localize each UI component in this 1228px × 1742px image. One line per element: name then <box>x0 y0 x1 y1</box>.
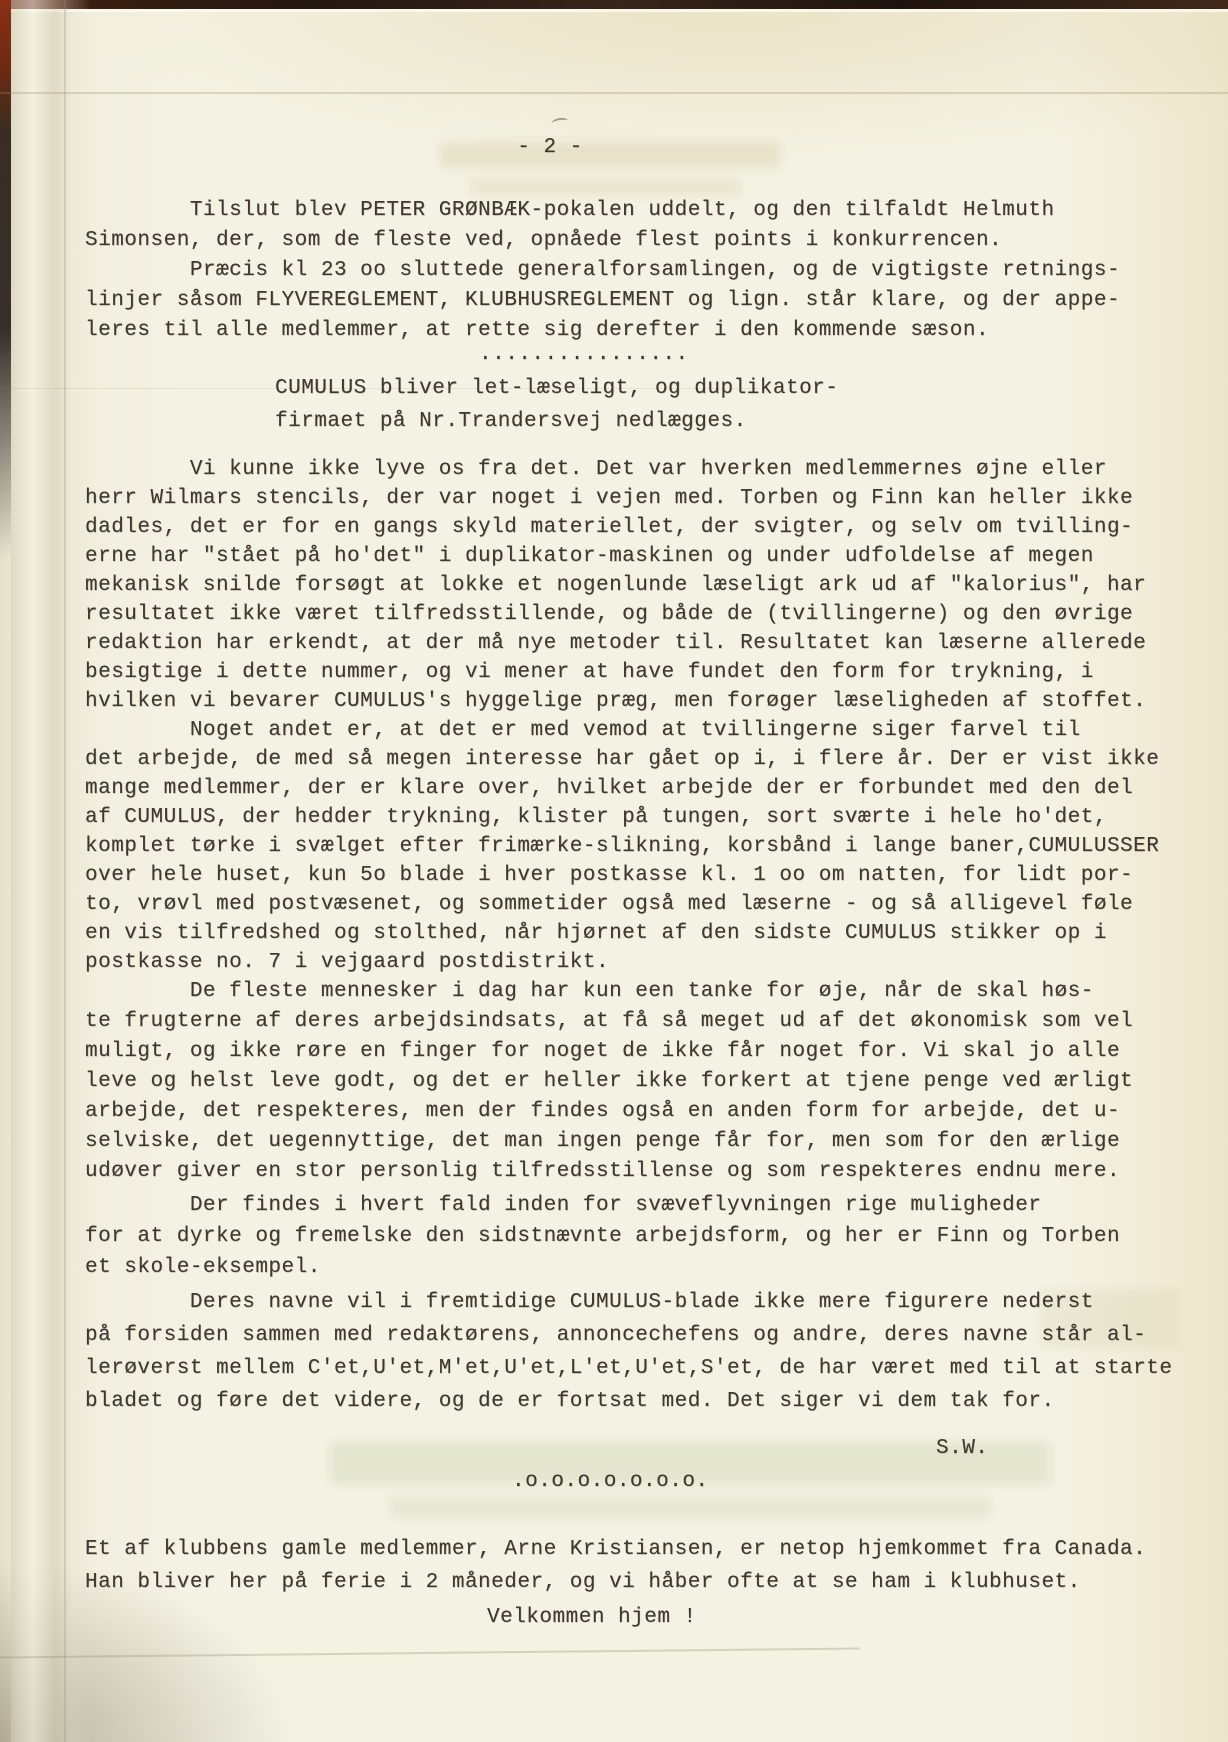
ink-showthrough-bottom2 <box>390 1496 990 1518</box>
closing-welcome: Velkommen hjem ! <box>487 1606 697 1629</box>
paragraph-work-ethic: De fleste mennesker i dag har kun een ta… <box>85 977 1133 1187</box>
announcement-cumulus: CUMULUS bliver let-læseligt, og duplikat… <box>275 372 838 438</box>
page-number: - 2 - <box>460 136 640 159</box>
scan-left-edge <box>0 0 11 560</box>
ink-showthrough-top2 <box>470 178 740 196</box>
scan-top-hairline <box>0 9 1228 12</box>
signature-initials: S.W. <box>936 1437 988 1460</box>
oo-separator: .o.o.o.o.o.o.o. <box>512 1470 709 1493</box>
paragraph-general-assembly: Tilslut blev PETER GRØNBÆK-pokalen uddel… <box>85 196 1120 346</box>
paper-crease-vertical <box>64 0 66 1742</box>
paragraph-canada-news: Et af klubbens gamle medlemmer, Arne Kri… <box>85 1533 1146 1599</box>
paper-crease-horizontal <box>0 92 1228 94</box>
paragraph-gliding: Der findes i hvert fald inden for svævef… <box>85 1190 1120 1283</box>
stray-pen-mark <box>552 117 569 127</box>
paragraph-printing-story: Vi kunne ikke lyve os fra det. Det var h… <box>85 455 1159 977</box>
dotted-separator: ................ <box>479 343 689 366</box>
paragraph-names: Deres navne vil i fremtidige CUMULUS-bla… <box>85 1286 1172 1418</box>
paper-fold-bottom <box>0 1647 860 1658</box>
scanned-newsletter-page: - 2 - Tilslut blev PETER GRØNBÆK-pokalen… <box>0 0 1228 1742</box>
paper-fold-left <box>11 0 91 1742</box>
scan-top-edge <box>0 0 1228 9</box>
